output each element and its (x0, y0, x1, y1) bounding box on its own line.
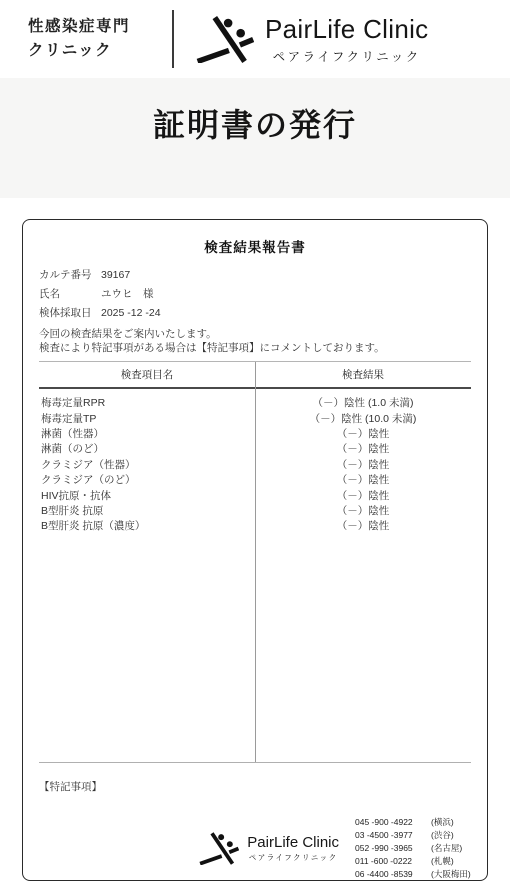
pairlife-logo-icon (196, 16, 254, 63)
phone-location: (渋谷) (431, 829, 454, 842)
phone-number: 06 -4400 -8539 (355, 868, 431, 881)
result-value: （－）陰性 (255, 503, 471, 518)
info-label: 氏名 (39, 285, 101, 304)
intro-text: 今回の検査結果をご案内いたします。 検査により特記事項がある場合は【特記事項】に… (39, 327, 471, 355)
intro-line2: 検査により特記事項がある場合は【特記事項】にコメントしております。 (39, 341, 471, 355)
item-name: 淋菌（のど） (39, 441, 255, 456)
phone-location: (名古屋) (431, 842, 462, 855)
phone-number: 052 -990 -3965 (355, 842, 431, 855)
result-value: （－）陰性 (255, 441, 471, 456)
item-name: クラミジア（性器） (39, 457, 255, 472)
patient-name-value: ユウヒ 様 (101, 285, 154, 304)
item-name: B型肝炎 抗原（濃度） (39, 518, 255, 533)
item-name: HIV抗原・抗体 (39, 488, 255, 503)
special-notes-label: 【特記事項】 (39, 779, 471, 794)
header-divider (172, 10, 174, 68)
result-value: （－）陰性 (255, 488, 471, 503)
phone-row: 06 -4400 -8539 (大阪梅田) (355, 868, 471, 881)
footer-brand-logo: PairLife Clinic ペアライフクリニック (199, 832, 339, 865)
result-value: （－）陰性 (255, 518, 471, 533)
info-row-chart-number: カルテ番号 39167 (39, 266, 471, 285)
result-value: （－）陰性 (1.0 未満) (255, 395, 471, 410)
item-name: 梅毒定量TP (39, 411, 255, 426)
info-row-name: 氏名 ユウヒ 様 (39, 285, 471, 304)
clinic-tagline-line2: クリニック (28, 39, 130, 63)
phone-location: (大阪梅田) (431, 868, 471, 881)
intro-line1: 今回の検査結果をご案内いたします。 (39, 327, 471, 341)
result-value: （－）陰性 (255, 457, 471, 472)
chart-number-value: 39167 (101, 266, 130, 285)
pairlife-logo-icon (199, 832, 239, 865)
clinic-tagline: 性感染症専門 クリニック (28, 15, 130, 63)
item-name: B型肝炎 抗原 (39, 503, 255, 518)
item-name: クラミジア（のど） (39, 472, 255, 487)
result-value: （－）陰性 (255, 426, 471, 441)
phone-row: 03 -4500 -3977 (渋谷) (355, 829, 471, 842)
brand-name: PairLife Clinic (265, 14, 428, 45)
footer-brand-name: PairLife Clinic (247, 834, 339, 851)
item-name: 淋菌（性器） (39, 426, 255, 441)
phone-row: 045 -900 -4922 (横浜) (355, 816, 471, 829)
table-column-divider (255, 362, 256, 762)
report-card: 検査結果報告書 カルテ番号 39167 氏名 ユウヒ 様 検体採取日 2025 … (22, 219, 488, 881)
brand-text: PairLife Clinic ペアライフクリニック (265, 14, 428, 65)
table-header-result: 検査結果 (255, 367, 471, 382)
page-title: 証明書の発行 (0, 100, 510, 146)
footer-brand-kana: ペアライフクリニック (249, 852, 338, 863)
result-value: （－）陰性 (255, 472, 471, 487)
item-name: 梅毒定量RPR (39, 395, 255, 410)
phone-number: 045 -900 -4922 (355, 816, 431, 829)
result-value: （－）陰性 (10.0 未満) (255, 411, 471, 426)
brand-logo: PairLife Clinic ペアライフクリニック (196, 14, 428, 65)
info-label: カルテ番号 (39, 266, 101, 285)
card-footer: PairLife Clinic ペアライフクリニック 045 -900 -492… (39, 816, 471, 881)
table-header-item: 検査項目名 (39, 367, 255, 382)
site-header: 性感染症専門 クリニック PairLife Clinic ペアライフクリニック (0, 0, 510, 78)
phone-location: (札幌) (431, 855, 454, 868)
results-table: 検査項目名 検査結果 梅毒定量RPR （－）陰性 (1.0 未満) 梅毒定量TP… (39, 361, 471, 763)
info-label: 検体採取日 (39, 304, 101, 323)
phone-number: 011 -600 -0222 (355, 855, 431, 868)
page-title-band: 証明書の発行 (0, 78, 510, 198)
report-title: 検査結果報告書 (39, 236, 471, 256)
phone-row: 011 -600 -0222 (札幌) (355, 855, 471, 868)
patient-info: カルテ番号 39167 氏名 ユウヒ 様 検体採取日 2025 -12 -24 (39, 266, 471, 323)
sample-date-value: 2025 -12 -24 (101, 304, 161, 323)
phone-number: 03 -4500 -3977 (355, 829, 431, 842)
clinic-phone-list: 045 -900 -4922 (横浜) 03 -4500 -3977 (渋谷) … (355, 816, 471, 881)
info-row-sample-date: 検体採取日 2025 -12 -24 (39, 304, 471, 323)
clinic-tagline-line1: 性感染症専門 (28, 15, 130, 39)
phone-row: 052 -990 -3965 (名古屋) (355, 842, 471, 855)
phone-location: (横浜) (431, 816, 454, 829)
footer-brand-text: PairLife Clinic ペアライフクリニック (247, 834, 339, 863)
brand-kana: ペアライフクリニック (273, 47, 421, 65)
